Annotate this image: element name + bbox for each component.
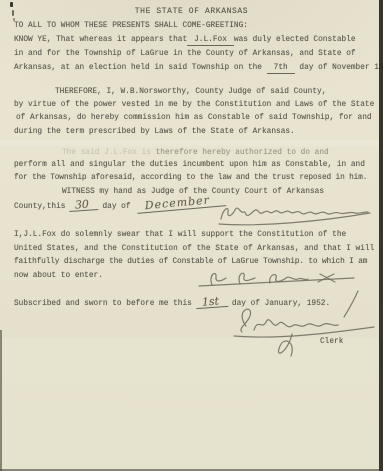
doc-title: THE STATE OF ARKANSAS — [0, 7, 383, 17]
subscribed-post: day of January, 1952. — [232, 300, 330, 308]
oath-line-2: United States, and the Constitution of t… — [14, 244, 374, 254]
salutation-line: TO ALL TO WHOM THESE PRESENTS SHALL COME… — [14, 21, 248, 31]
body-line-2: in and for the Township of LaGrue in the… — [14, 49, 356, 59]
oath-line-3: faithfully discharge the duties of Const… — [14, 257, 367, 267]
body1-pre: KNOW YE, That whereas it appears that — [14, 36, 187, 44]
faded-post: therefore hereby authorized to do and — [156, 149, 329, 157]
day-of: day of — [102, 203, 130, 211]
body-line-1: KNOW YE, That whereas it appears thatJ.L… — [14, 35, 356, 45]
sworn-day-handwritten: 1st — [195, 296, 228, 309]
body-line-8: for the Township aforesaid, according to… — [14, 173, 367, 183]
county-this: County,this — [14, 203, 65, 211]
faded-pre: The said J.L.Fox is — [62, 149, 151, 157]
subscribed-line: Subscribed and sworn to before me this1s… — [14, 297, 330, 309]
oath-line-1: I,J.L.Fox do solemnly swear that I will … — [14, 230, 346, 240]
body-line-4: by virtue of the power vested in me by t… — [14, 100, 374, 110]
election-day-blank: 7th — [267, 64, 295, 74]
paper-crease — [0, 140, 383, 146]
body-line-6: during the term prescribed by Laws of th… — [14, 127, 295, 137]
commission-date-line: County,this30day ofDecember — [14, 200, 226, 212]
body1-post: was duly elected Constable — [234, 36, 356, 44]
elected-name-blank: J.L.Fox — [187, 36, 234, 46]
photo-edge-left — [0, 330, 2, 471]
document-page: THE STATE OF ARKANSAS TO ALL TO WHOM THE… — [0, 0, 383, 471]
oath-line-4: now about to enter. — [14, 271, 103, 281]
photo-edge-right — [379, 0, 383, 471]
faded-line: The said J.L.Fox is therefore hereby aut… — [62, 148, 329, 158]
body3-post: day of November 1950. — [299, 64, 383, 72]
clerk-label: Clerk — [320, 337, 343, 347]
body3-pre: Arkansas, at an election held in said To… — [14, 64, 262, 72]
paper-shading — [0, 338, 383, 471]
judge-signature — [218, 202, 373, 230]
commission-day-handwritten: 30 — [69, 199, 99, 212]
body-line-3: Arkansas, at an election held in said To… — [14, 63, 383, 73]
commission-month-handwritten: December — [136, 194, 226, 214]
body-line-7: perform all and singular the duties incu… — [14, 160, 365, 170]
therefore-line: THEREFORE, I, W.B.Norsworthy, County Jud… — [55, 87, 326, 97]
subscribed-pre: Subscribed and sworn to before me this — [14, 300, 192, 308]
constable-signature — [198, 269, 356, 295]
body-line-5: of Arkansas, do hereby commission him as… — [16, 113, 372, 123]
